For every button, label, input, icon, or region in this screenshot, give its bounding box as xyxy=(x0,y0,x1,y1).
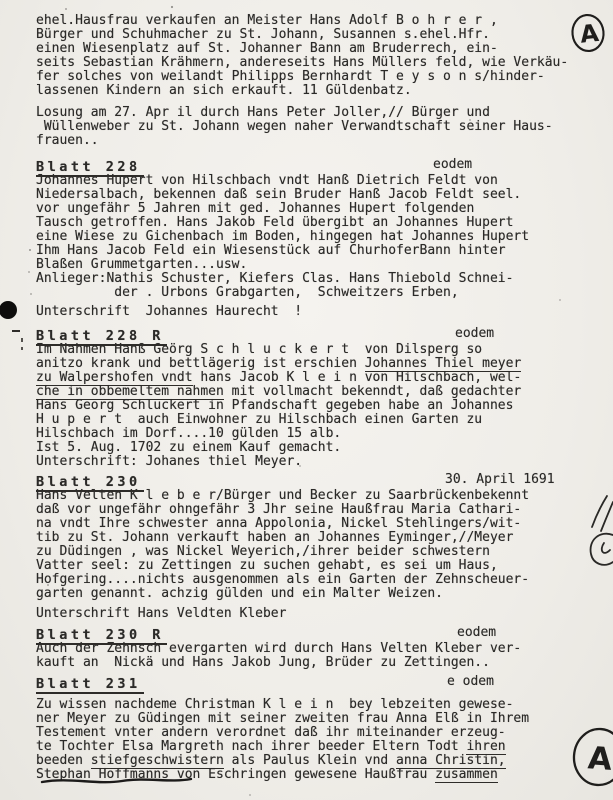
text-line: Ihm Hans Jacob Feld ein Wiesenstück auf … xyxy=(36,244,609,258)
text-line: beeden stiefgeschwistern als Paulus Klei… xyxy=(36,754,609,768)
text-fragment: mit vollmacht bekenndt, daß gedachter xyxy=(224,384,521,399)
text-line: zu Walpershofen vndt hans Jacob K l e i … xyxy=(36,371,609,385)
section-heading: Blatt 230 R xyxy=(36,628,167,645)
text-fragment: als Paulus Klein vnd xyxy=(224,753,396,768)
section-blatt-230r: Blatt 230 R eodem Auch der Zehnsch everg… xyxy=(36,626,609,670)
paragraph-continuation: ehel.Hausfrau verkaufen an Meister Hans … xyxy=(36,14,609,98)
text-line: tib zu St. Johann verkauft haben an Joha… xyxy=(36,531,609,545)
text-line: daß vor ungefähr ohngefähr 3 Jhr seine H… xyxy=(36,503,609,517)
text-line: Tausch getroffen. Hans Jakob Feld übergi… xyxy=(36,216,609,230)
text-line: ner Meyer zu Güdingen mit seiner zweiten… xyxy=(36,712,609,726)
section-blatt-231: Blatt 231 e odem Zu wissen nachdeme Chri… xyxy=(36,675,609,782)
text-line: Zu wissen nachdeme Christman K l e i n b… xyxy=(36,698,609,712)
text-fragment: beeden xyxy=(36,753,91,768)
text-line: Stephan Hoffmanns von Eschringen gewesen… xyxy=(36,768,609,782)
section-heading-row: Blatt 228 R eodem xyxy=(36,327,609,343)
signature-line: Unterschrift Johannes Haurecht ! xyxy=(36,305,609,319)
section-heading: Blatt 228 R xyxy=(36,329,167,346)
text-line: Anlieger:Nathis Schuster, Kiefers Clas. … xyxy=(36,272,609,286)
text-line: vor ungefähr 5 Jahren mit ged. Johannes … xyxy=(36,202,609,216)
underlined-fragment: zusammen xyxy=(435,767,498,783)
section-heading-row: Blatt 231 e odem xyxy=(36,675,609,691)
text-line: Hans Georg Schluckert in Pfandschaft geg… xyxy=(36,399,609,413)
text-line: ehel.Hausfrau verkaufen an Meister Hans … xyxy=(36,14,609,28)
text-fragment: te Tochter Elsa Margreth nach ihrer beed… xyxy=(36,739,466,754)
text-line: fer solches von weilandt Philipps Bernha… xyxy=(36,70,609,84)
text-line: te Tochter Elsa Margreth nach ihrer beed… xyxy=(36,740,609,754)
signature-line: Unterschrift: Johanes thiel Meyer. xyxy=(36,455,609,469)
section-blatt-228: Blatt 228 eodem Johannes Hupert von Hils… xyxy=(36,158,609,319)
hole-punch-mark xyxy=(0,301,22,350)
section-heading: Blatt 231 xyxy=(36,677,144,694)
text-line: H u p e r t auch Einwohner zu Hilschbach… xyxy=(36,413,609,427)
text-line: einen Wiesenplatz auf St. Johanner Bann … xyxy=(36,42,609,56)
section-heading: Blatt 228 xyxy=(36,160,144,177)
text-line: Losung am 27. Apr il durch Hans Peter Jo… xyxy=(36,106,609,120)
text-line: lassenen Kindern an sich erkauft. 11 Gül… xyxy=(36,84,609,98)
paragraph-losung: Losung am 27. Apr il durch Hans Peter Jo… xyxy=(36,106,609,148)
text-line: na vndt Ihre schwester anna Appolonia, N… xyxy=(36,517,609,531)
section-date: eodem xyxy=(455,326,494,341)
text-line: der . Urbons Grabgarten, Schweitzers Erb… xyxy=(36,286,609,300)
text-line: kauft an Nickä und Hans Jakob Jung, Brüd… xyxy=(36,656,609,670)
text-line: Testement vnter andern verordnet daß ihr… xyxy=(36,726,609,740)
signature-line: Unterschrift Hans Veldten Kleber xyxy=(36,607,609,621)
section-blatt-230: Blatt 230 30. April 1691 Hans Velten K l… xyxy=(36,473,609,621)
text-line: Niedersalbach, bekennen daß sein Bruder … xyxy=(36,188,609,202)
section-heading: Blatt 230 xyxy=(36,475,144,492)
document-page: ehel.Hausfrau verkaufen an Meister Hans … xyxy=(0,0,613,800)
text-line: Vatter seel: zu Zettingen zu suchen geha… xyxy=(36,559,609,573)
text-line: eine Wiese zu Gichenbach im Boden, hinge… xyxy=(36,230,609,244)
text-line: anitzo krank und bettlägerig ist erschie… xyxy=(36,357,609,371)
section-date: eodem xyxy=(457,625,496,640)
section-blatt-228r: Blatt 228 R eodem Im Nahmen Hanß Geörg S… xyxy=(36,327,609,469)
text-line: seits Sebastian Krähmern, andereseits Ha… xyxy=(36,56,609,70)
section-date: eodem xyxy=(433,157,472,172)
text-line: Hofgering....nichts ausgenommen als ein … xyxy=(36,573,609,587)
text-fragment: anitzo krank und bettlägerig ist erschie… xyxy=(36,356,365,371)
section-date: 30. April 1691 xyxy=(445,472,555,487)
section-heading-row: Blatt 230 R eodem xyxy=(36,626,609,642)
text-line: frauen.. xyxy=(36,134,609,148)
typewritten-text-column: ehel.Hausfrau verkaufen an Meister Hans … xyxy=(36,14,609,782)
text-line: Ist 5. Aug. 1702 zu einem Kauf gemacht. xyxy=(36,441,609,455)
text-fragment: Stephan Hoffmanns von Eschringen gewesen… xyxy=(36,767,435,782)
section-heading-row: Blatt 230 30. April 1691 xyxy=(36,473,609,489)
text-line: Bürger und Schuhmacher zu St. Johann, Su… xyxy=(36,28,609,42)
text-line: che in obbemeltem nahmen mit vollmacht b… xyxy=(36,385,609,399)
section-date: e odem xyxy=(447,674,494,689)
section-heading-row: Blatt 228 eodem xyxy=(36,158,609,174)
text-line: garten genannt. achzig gülden und ein Ma… xyxy=(36,587,609,601)
text-line: Wüllenweber zu St. Johann wegen naher Ve… xyxy=(36,120,609,134)
text-line: zu Düdingen , was Nickel Weyerich,/ihrer… xyxy=(36,545,609,559)
text-line: Blaßen Grummetgarten...usw. xyxy=(36,258,609,272)
text-fragment: hans Jacob K l e i n von Hilschbach, wel… xyxy=(193,370,522,385)
text-line: Hilschbach im Dorf....10 gülden 15 alb. xyxy=(36,427,609,441)
